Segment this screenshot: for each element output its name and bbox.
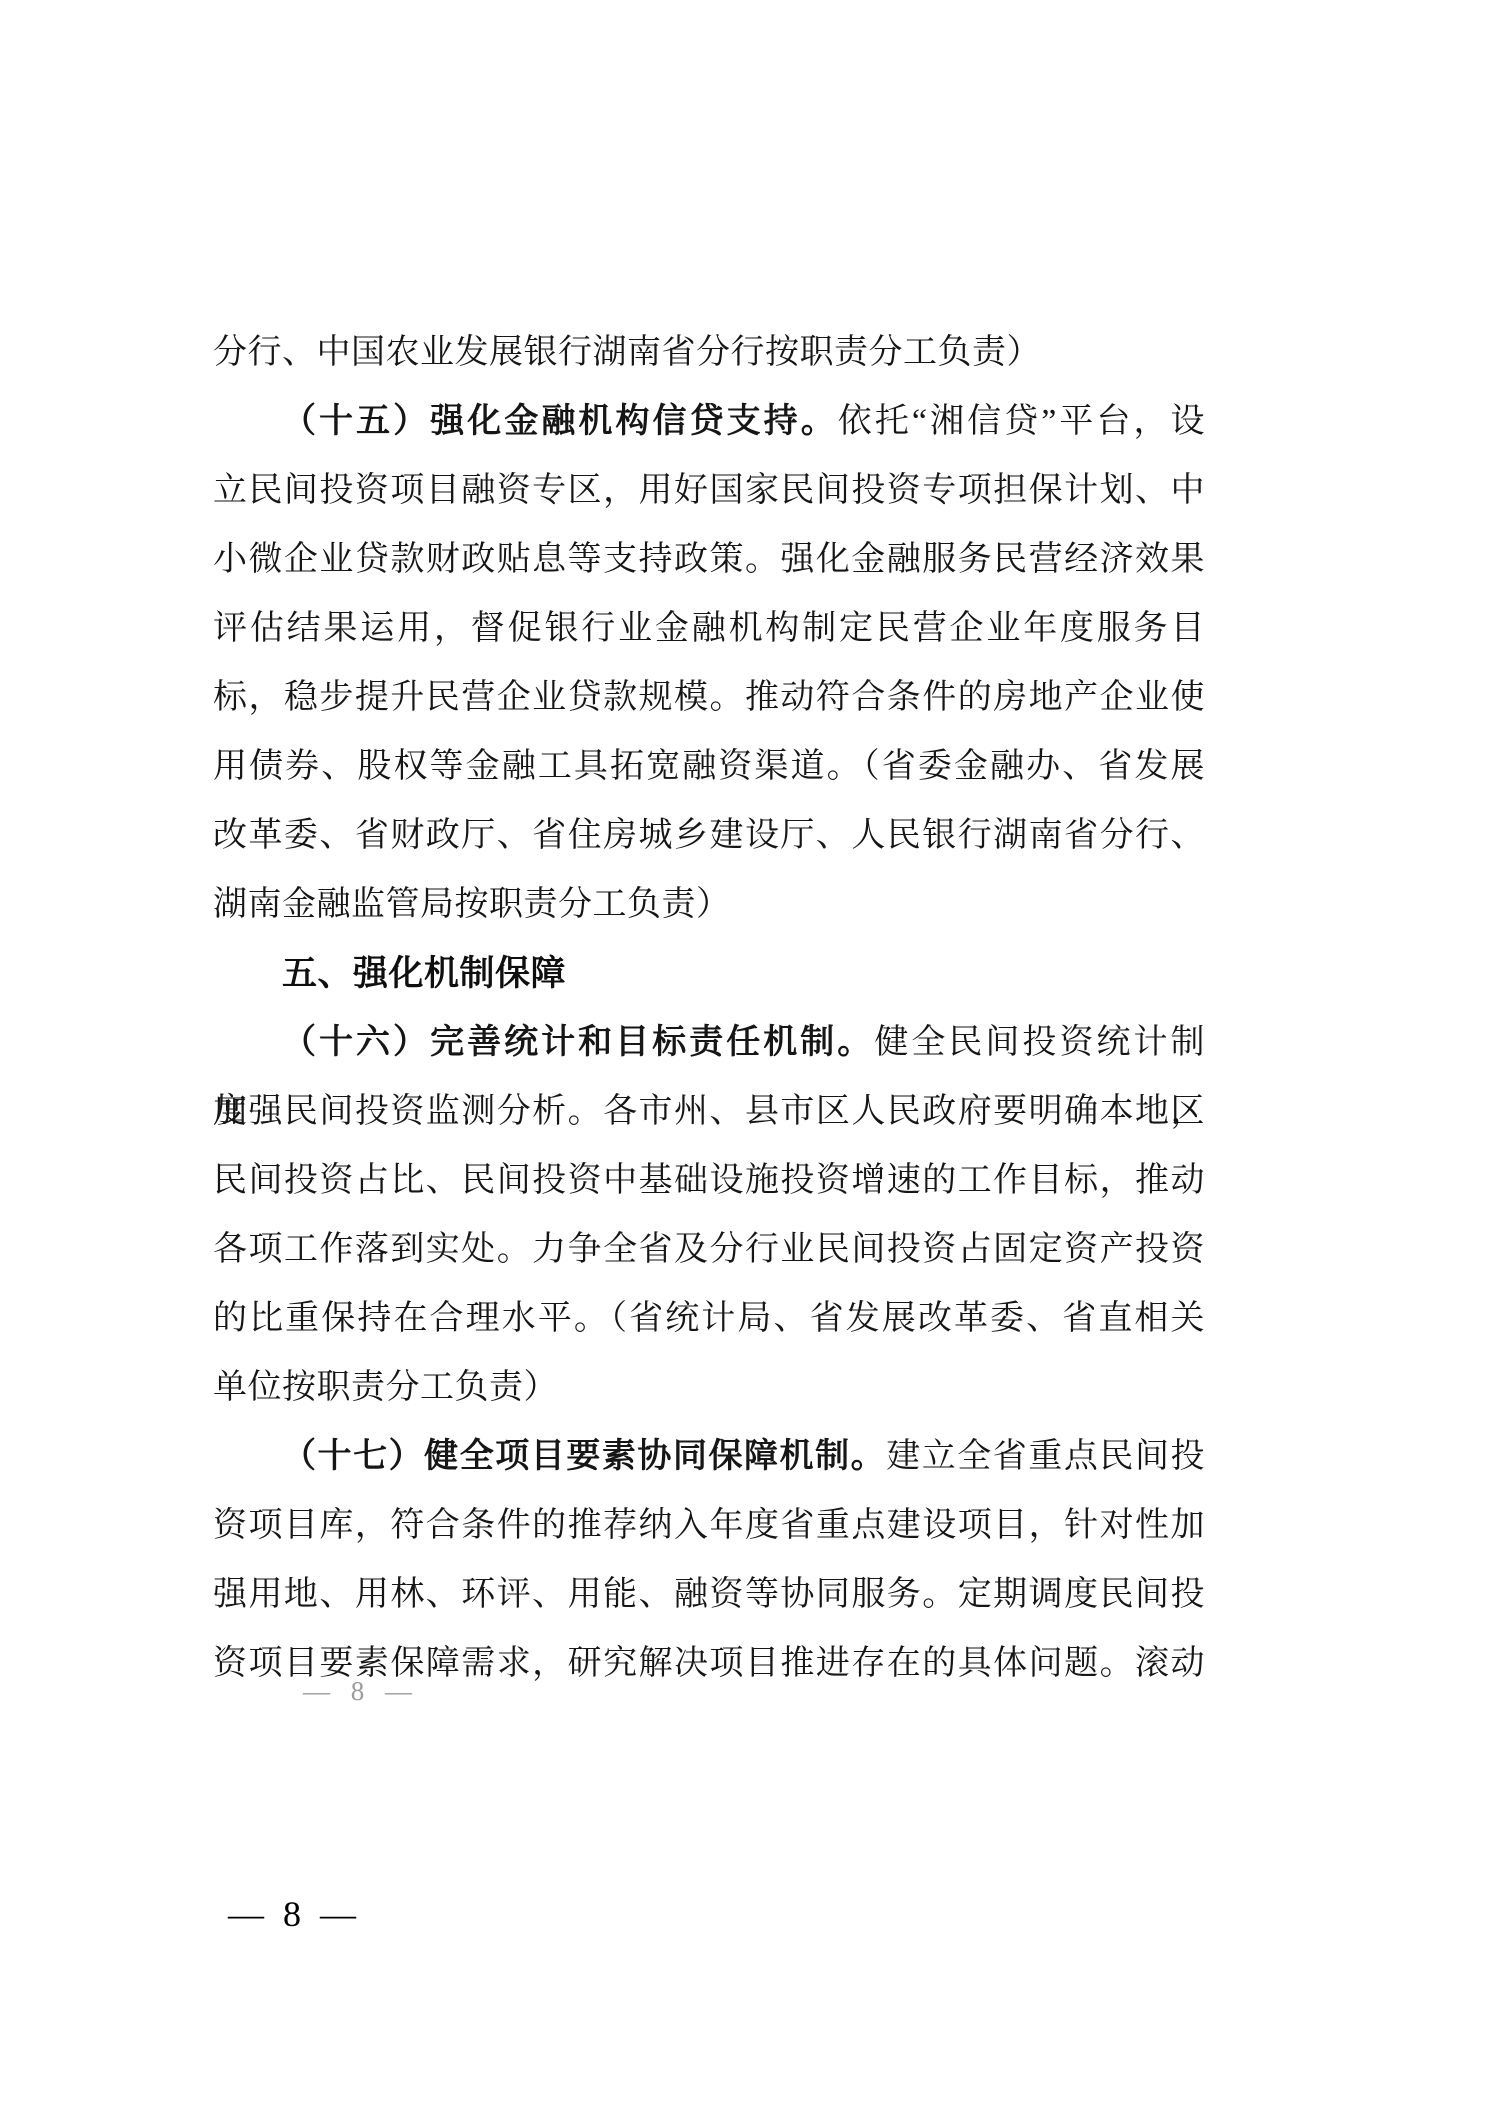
text-line: 改革委、省财政厅、省住房城乡建设厅、人民银行湖南省分行、 bbox=[213, 801, 1205, 870]
text-run: 各项工作落到实处。力争全省及分行业民间投资占固定资产投资 bbox=[213, 1231, 1205, 1268]
text-line: 强用地、用林、环评、用能、融资等协同服务。定期调度民间投 bbox=[213, 1560, 1205, 1629]
text-line: 用债券、股权等金融工具拓宽融资渠道。（省委金融办、省发展 bbox=[213, 732, 1205, 801]
text-run: 民间投资占比、民间投资中基础设施投资增速的工作目标，推动 bbox=[213, 1162, 1205, 1199]
text-run: 单位按职责分工负责） bbox=[213, 1369, 558, 1406]
text-line: 资项目库，符合条件的推荐纳入年度省重点建设项目，针对性加 bbox=[213, 1491, 1205, 1560]
text-line: （十六）完善统计和目标责任机制。健全民间投资统计制度， bbox=[213, 1008, 1205, 1077]
text-run: 分行、中国农业发展银行湖南省分行按职责分工负责） bbox=[213, 334, 1041, 371]
document-page: 分行、中国农业发展银行湖南省分行按职责分工负责）（十五）强化金融机构信贷支持。依… bbox=[0, 0, 1487, 2102]
text-run: 评估结果运用，督促银行业金融机构制定民营企业年度服务目 bbox=[213, 610, 1205, 647]
text-run: 小微企业贷款财政贴息等支持政策。强化金融服务民营经济效果 bbox=[213, 541, 1205, 578]
text-run: 标，稳步提升民营企业贷款规模。推动符合条件的房地产企业使 bbox=[213, 679, 1205, 716]
text-line: （十五）强化金融机构信贷支持。依托“湘信贷”平台，设 bbox=[213, 387, 1205, 456]
paragraph-lead-bold: （十五）强化金融机构信贷支持。 bbox=[282, 403, 838, 440]
text-run: 五、强化机制保障 bbox=[282, 954, 566, 993]
text-run: 依托“湘信贷”平台，设 bbox=[838, 403, 1205, 440]
page-number-faint: — 8 — bbox=[303, 1676, 419, 1707]
text-run: 强用地、用林、环评、用能、融资等协同服务。定期调度民间投 bbox=[213, 1576, 1205, 1613]
text-line: （十七）健全项目要素协同保障机制。建立全省重点民间投 bbox=[213, 1422, 1205, 1491]
text-line: 分行、中国农业发展银行湖南省分行按职责分工负责） bbox=[213, 318, 1205, 387]
document-body: 分行、中国农业发展银行湖南省分行按职责分工负责）（十五）强化金融机构信贷支持。依… bbox=[213, 318, 1205, 1698]
text-line: 单位按职责分工负责） bbox=[213, 1353, 1205, 1422]
text-run: 建立全省重点民间投 bbox=[886, 1438, 1205, 1475]
section-heading: 五、强化机制保障 bbox=[213, 939, 1205, 1008]
text-run: 用债券、股权等金融工具拓宽融资渠道。（省委金融办、省发展 bbox=[213, 748, 1205, 785]
text-line: 民间投资占比、民间投资中基础设施投资增速的工作目标，推动 bbox=[213, 1146, 1205, 1215]
text-run: 立民间投资项目融资专区，用好国家民间投资专项担保计划、中 bbox=[213, 472, 1205, 509]
text-line: 的比重保持在合理水平。（省统计局、省发展改革委、省直相关 bbox=[213, 1284, 1205, 1353]
paragraph-lead-bold: （十六）完善统计和目标责任机制。 bbox=[282, 1024, 874, 1061]
text-line: 立民间投资项目融资专区，用好国家民间投资专项担保计划、中 bbox=[213, 456, 1205, 525]
text-line: 各项工作落到实处。力争全省及分行业民间投资占固定资产投资 bbox=[213, 1215, 1205, 1284]
text-line: 评估结果运用，督促银行业金融机构制定民营企业年度服务目 bbox=[213, 594, 1205, 663]
text-run: 资项目库，符合条件的推荐纳入年度省重点建设项目，针对性加 bbox=[213, 1507, 1205, 1544]
text-line: 标，稳步提升民营企业贷款规模。推动符合条件的房地产企业使 bbox=[213, 663, 1205, 732]
text-run: 改革委、省财政厅、省住房城乡建设厅、人民银行湖南省分行、 bbox=[213, 817, 1205, 854]
text-line: 加强民间投资监测分析。各市州、县市区人民政府要明确本地区 bbox=[213, 1077, 1205, 1146]
text-line: 小微企业贷款财政贴息等支持政策。强化金融服务民营经济效果 bbox=[213, 525, 1205, 594]
paragraph-lead-bold: （十七）健全项目要素协同保障机制。 bbox=[282, 1438, 886, 1475]
text-run: 加强民间投资监测分析。各市州、县市区人民政府要明确本地区 bbox=[213, 1093, 1205, 1130]
text-run: 湖南金融监管局按职责分工负责） bbox=[213, 886, 731, 923]
text-run: 的比重保持在合理水平。（省统计局、省发展改革委、省直相关 bbox=[213, 1300, 1205, 1337]
text-line: 湖南金融监管局按职责分工负责） bbox=[213, 870, 1205, 939]
page-number: — 8 — bbox=[228, 1893, 361, 1935]
